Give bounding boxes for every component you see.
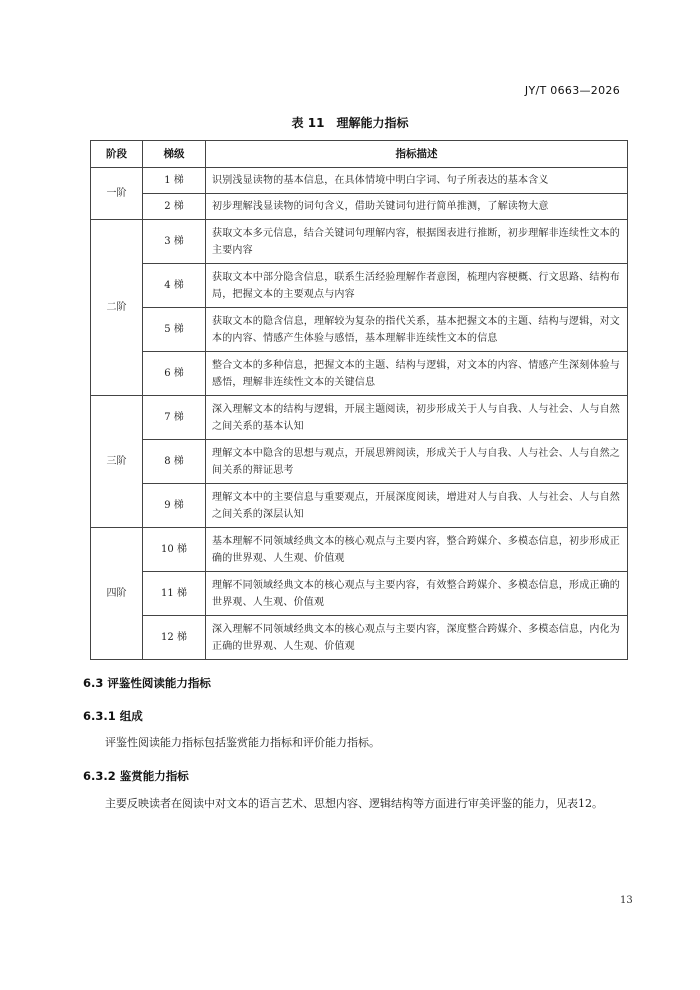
description-cell: 基本理解不同领域经典文本的核心观点与主要内容，整合跨媒介、多模态信息，初步形成正… (206, 528, 628, 572)
description-cell: 识别浅显读物的基本信息，在具体情境中明白字词、句子所表达的基本含义 (206, 168, 628, 194)
table-row: 12 梯 深入理解不同领域经典文本的核心观点与主要内容，深度整合跨媒介、多模态信… (91, 616, 628, 660)
table-header-row: 阶段 梯级 指标描述 (91, 141, 628, 168)
level-cell: 10 梯 (143, 528, 206, 572)
table-row: 6 梯 整合文本的多种信息，把握文本的主题、结构与逻辑，对文本的内容、情感产生深… (91, 352, 628, 396)
description-cell: 获取文本的隐含信息，理解较为复杂的指代关系，基本把握文本的主题、结构与逻辑，对文… (206, 308, 628, 352)
level-cell: 2 梯 (143, 194, 206, 220)
section-heading-6-3-2: 6.3.2 鉴赏能力指标 (83, 768, 189, 784)
level-cell: 7 梯 (143, 396, 206, 440)
stage-cell: 二阶 (91, 220, 143, 396)
stage-cell: 四阶 (91, 528, 143, 660)
table-row: 三阶 7 梯 深入理解文本的结构与逻辑，开展主题阅读，初步形成关于人与自我、人与… (91, 396, 628, 440)
table-row: 二阶 3 梯 获取文本多元信息，结合关键词句理解内容，根据图表进行推断，初步理解… (91, 220, 628, 264)
level-cell: 3 梯 (143, 220, 206, 264)
table-row: 四阶 10 梯 基本理解不同领域经典文本的核心观点与主要内容，整合跨媒介、多模态… (91, 528, 628, 572)
description-cell: 初步理解浅显读物的词句含义，借助关键词句进行简单推测，了解读物大意 (206, 194, 628, 220)
level-cell: 5 梯 (143, 308, 206, 352)
level-cell: 11 梯 (143, 572, 206, 616)
description-cell: 理解文本中的主要信息与重要观点，开展深度阅读，增进对人与自我、人与社会、人与自然… (206, 484, 628, 528)
table-row: 8 梯 理解文本中隐含的思想与观点，开展思辨阅读，形成关于人与自我、人与社会、人… (91, 440, 628, 484)
level-cell: 8 梯 (143, 440, 206, 484)
page-number: 13 (620, 895, 633, 906)
table-row: 11 梯 理解不同领域经典文本的核心观点与主要内容，有效整合跨媒介、多模态信息，… (91, 572, 628, 616)
table-row: 4 梯 获取文本中部分隐含信息，联系生活经验理解作者意图，梳理内容梗概、行文思路… (91, 264, 628, 308)
table-caption: 表 11理解能力指标 (0, 114, 700, 131)
table-row: 2 梯 初步理解浅显读物的词句含义，借助关键词句进行简单推测，了解读物大意 (91, 194, 628, 220)
paragraph-6-3-2: 主要反映读者在阅读中对文本的语言艺术、思想内容、逻辑结构等方面进行审美评鉴的能力… (83, 793, 628, 815)
table-number: 表 11 (292, 116, 325, 130)
description-cell: 获取文本多元信息，结合关键词句理解内容，根据图表进行推断，初步理解非连续性文本的… (206, 220, 628, 264)
description-cell: 深入理解文本的结构与逻辑，开展主题阅读，初步形成关于人与自我、人与社会、人与自然… (206, 396, 628, 440)
column-header-description: 指标描述 (206, 141, 628, 168)
table-row: 5 梯 获取文本的隐含信息，理解较为复杂的指代关系，基本把握文本的主题、结构与逻… (91, 308, 628, 352)
column-header-stage: 阶段 (91, 141, 143, 168)
level-cell: 1 梯 (143, 168, 206, 194)
level-cell: 9 梯 (143, 484, 206, 528)
stage-cell: 三阶 (91, 396, 143, 528)
stage-cell: 一阶 (91, 168, 143, 220)
description-cell: 深入理解不同领域经典文本的核心观点与主要内容，深度整合跨媒介、多模态信息，内化为… (206, 616, 628, 660)
paragraph-6-3-1: 评鉴性阅读能力指标包括鉴赏能力指标和评价能力指标。 (83, 732, 628, 754)
document-code: JY/T 0663—2026 (525, 84, 620, 97)
table-row: 9 梯 理解文本中的主要信息与重要观点，开展深度阅读，增进对人与自我、人与社会、… (91, 484, 628, 528)
description-cell: 获取文本中部分隐含信息，联系生活经验理解作者意图，梳理内容梗概、行文思路、结构布… (206, 264, 628, 308)
description-cell: 理解文本中隐含的思想与观点，开展思辨阅读，形成关于人与自我、人与社会、人与自然之… (206, 440, 628, 484)
section-heading-6-3: 6.3 评鉴性阅读能力指标 (83, 675, 211, 691)
column-header-level: 梯级 (143, 141, 206, 168)
description-cell: 理解不同领域经典文本的核心观点与主要内容，有效整合跨媒介、多模态信息，形成正确的… (206, 572, 628, 616)
level-cell: 4 梯 (143, 264, 206, 308)
table-title: 理解能力指标 (336, 116, 408, 130)
level-cell: 6 梯 (143, 352, 206, 396)
section-heading-6-3-1: 6.3.1 组成 (83, 708, 143, 724)
level-cell: 12 梯 (143, 616, 206, 660)
description-cell: 整合文本的多种信息，把握文本的主题、结构与逻辑，对文本的内容、情感产生深刻体验与… (206, 352, 628, 396)
table-row: 一阶 1 梯 识别浅显读物的基本信息，在具体情境中明白字词、句子所表达的基本含义 (91, 168, 628, 194)
comprehension-index-table: 阶段 梯级 指标描述 一阶 1 梯 识别浅显读物的基本信息，在具体情境中明白字词… (90, 140, 628, 660)
